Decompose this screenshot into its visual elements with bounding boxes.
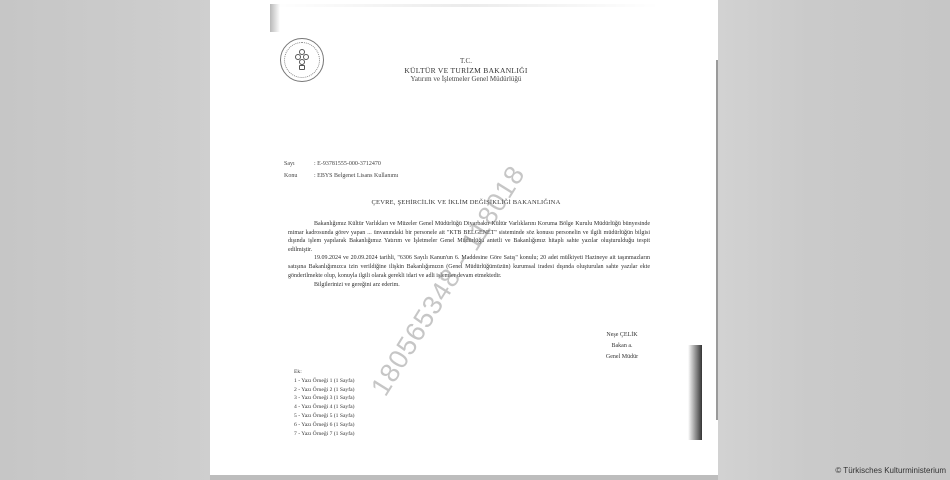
meta-subject-row: Konu : EBYS Belgenet Lisans Kullanımı — [284, 170, 398, 182]
letter-header: T.C. KÜLTÜR VE TURİZM BAKANLIĞI Yatırım … — [270, 57, 662, 84]
header-directorate: Yatırım ve İşletmeler Genel Müdürlüğü — [270, 75, 662, 84]
attachment-item: 3 - Yazı Örneği 3 (1 Sayfa) — [294, 394, 354, 403]
scan-artifact-right-shadow — [688, 345, 702, 440]
attachment-item: 1 - Yazı Örneği 1 (1 Sayfa) — [294, 377, 354, 386]
attachment-item: 6 - Yazı Örneği 6 (1 Sayfa) — [294, 421, 354, 430]
meta-number-value: : E-93781555-000-3712470 — [314, 158, 381, 170]
signatory-name: Neşe ÇELİK — [582, 330, 662, 341]
document-page: T.C. KÜLTÜR VE TURİZM BAKANLIĞI Yatırım … — [210, 0, 718, 475]
background-left — [0, 0, 210, 480]
attachments-list: Ek: 1 - Yazı Örneği 1 (1 Sayfa) 2 - Yazı… — [294, 368, 354, 438]
letter-recipient: ÇEVRE, ŞEHİRCİLİK VE İKLİM DEĞİŞİKLİĞİ B… — [270, 199, 662, 206]
attachments-label: Ek: — [294, 368, 354, 377]
signatory-title-1: Bakan a. — [582, 341, 662, 352]
attachment-item: 2 - Yazı Örneği 2 (1 Sayfa) — [294, 386, 354, 395]
attachment-item: 4 - Yazı Örneği 4 (1 Sayfa) — [294, 403, 354, 412]
signatory-title-2: Genel Müdür — [582, 352, 662, 363]
meta-number-label: Sayı — [284, 158, 314, 170]
attachment-item: 5 - Yazı Örneği 5 (1 Sayfa) — [294, 412, 354, 421]
background-right — [718, 0, 950, 480]
meta-number-row: Sayı : E-93781555-000-3712470 — [284, 158, 398, 170]
body-closing: Bilgilerinizi ve gereğini arz ederim. — [288, 281, 650, 290]
letter-meta: Sayı : E-93781555-000-3712470 Konu : EBY… — [284, 158, 398, 182]
page-edge-shadow — [716, 60, 718, 420]
official-letter: T.C. KÜLTÜR VE TURİZM BAKANLIĞI Yatırım … — [270, 0, 662, 440]
background-bottom-shadow — [210, 475, 718, 480]
attachment-item: 7 - Yazı Örneği 7 (1 Sayfa) — [294, 430, 354, 439]
image-credit: © Türkisches Kulturministerium — [835, 466, 946, 475]
signature-block: Neşe ÇELİK Bakan a. Genel Müdür — [582, 330, 662, 363]
meta-subject-label: Konu — [284, 170, 314, 182]
meta-subject-value: : EBYS Belgenet Lisans Kullanımı — [314, 170, 398, 182]
header-tc: T.C. — [270, 57, 662, 66]
header-ministry: KÜLTÜR VE TURİZM BAKANLIĞI — [270, 66, 662, 75]
